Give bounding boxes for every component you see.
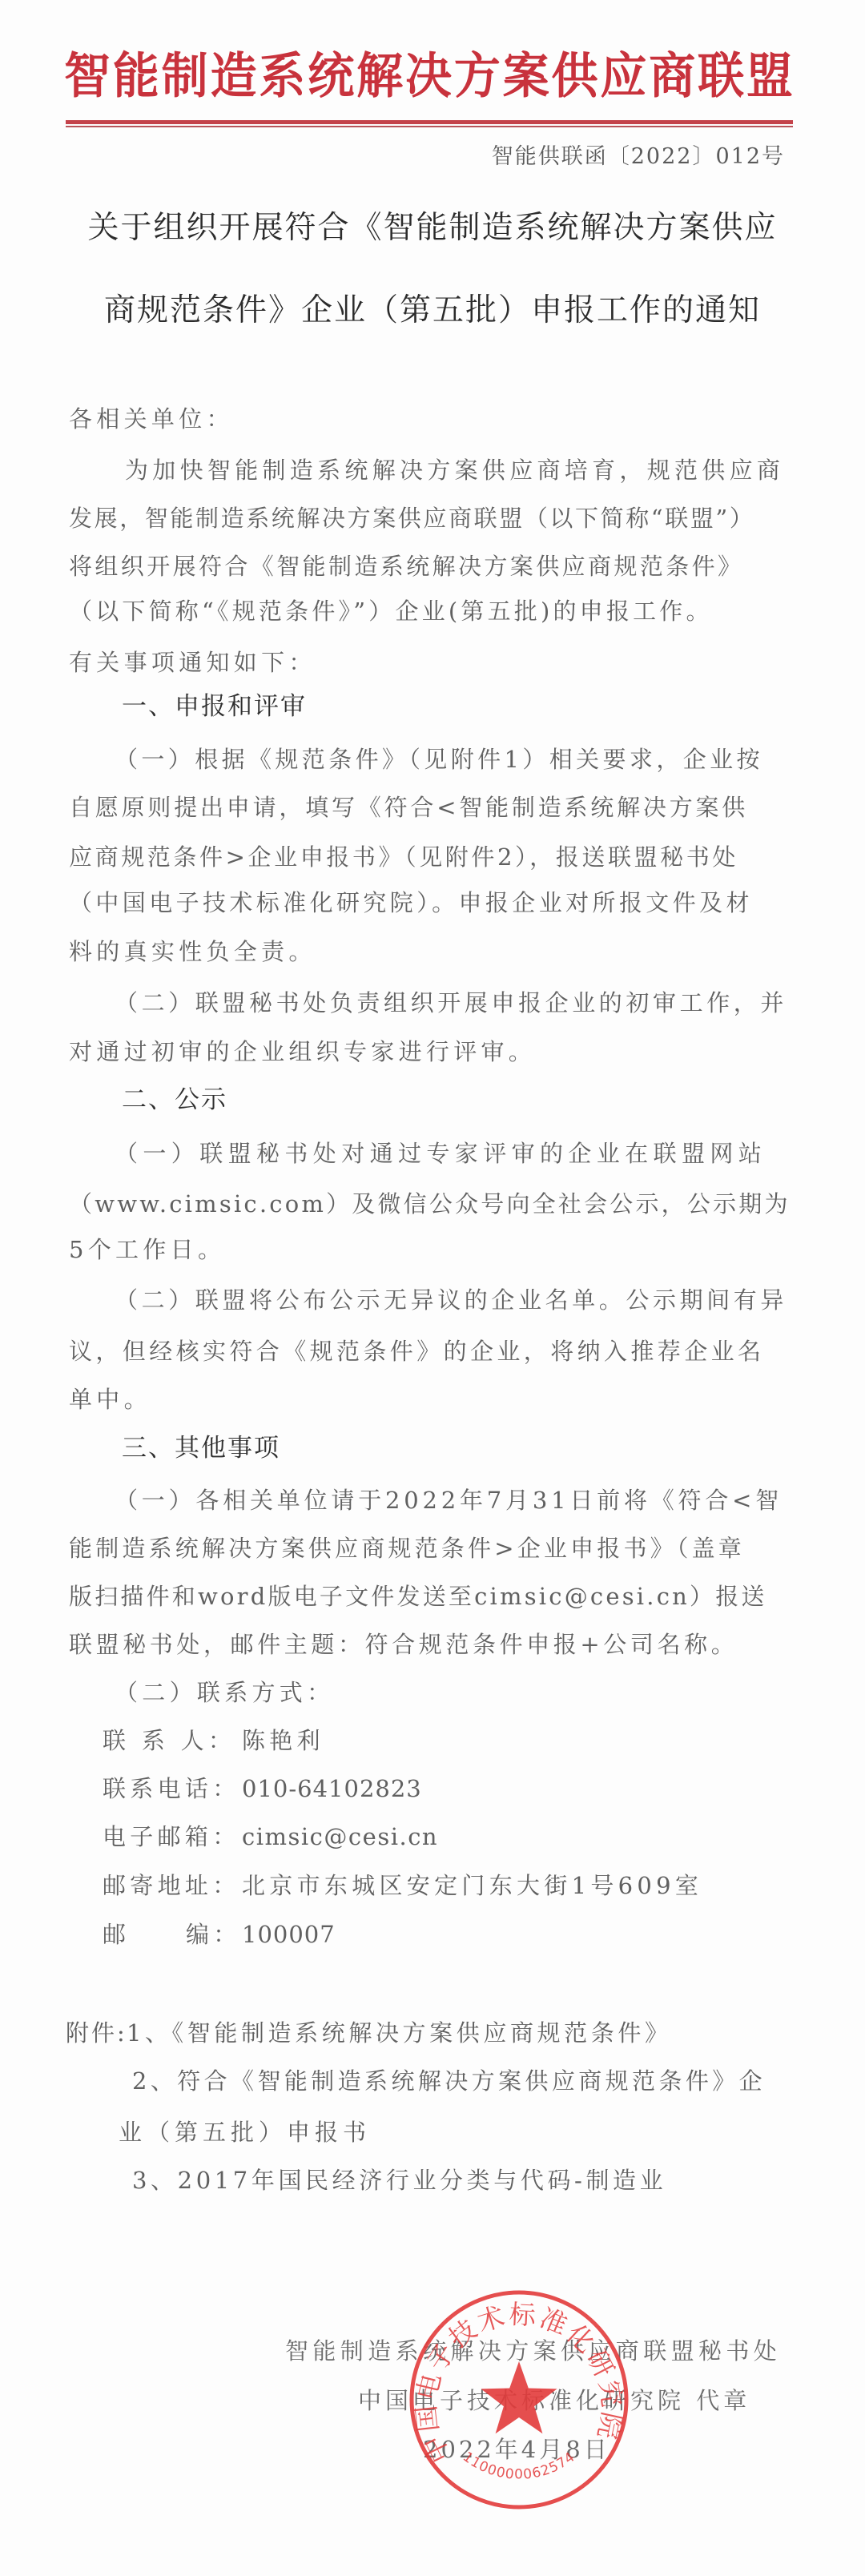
section-1-para-1-line: 自愿原则提出申请，填写《符合<智能制造系统解决方案供 [69,791,748,823]
contact-person-label: 联 系 人： [103,1725,235,1757]
attachment-item-2: 2、符合《智能制造系统解决方案供应商规范条件》企 [132,2065,766,2097]
section-heading-3: 三、其他事项 [122,1432,280,1464]
seal-serial: 1100000062574 [460,2449,578,2482]
intro-line: 将组织开展符合《智能制造系统解决方案供应商规范条件》 [69,550,743,582]
section-heading-1: 一、申报和评审 [122,690,307,722]
contact-email-value[interactable]: cimsic@cesi.cn [242,1821,438,1853]
section-3-para-1-line: （一）各相关单位请于2022年7月31日前将《符合<智 [115,1484,783,1516]
seal-star-icon [481,2361,557,2433]
section-3-para-2-line: （二）联系方式： [115,1676,334,1709]
section-2-para-1-line: （一）联盟秘书处对通过专家评审的企业在联盟网站 [115,1137,766,1169]
contact-phone-value: 010-64102823 [242,1773,422,1805]
section-1-para-1-line: （中国电子技术标准化研究院）。申报企业对所报文件及材 [69,887,753,919]
attachment-item-3: 3、2017年国民经济行业分类与代码-制造业 [132,2164,666,2196]
contact-phone-label: 联系电话： [103,1773,240,1805]
contact-postcode-label-b: 编： [186,1918,241,1950]
intro-line: 有关事项通知如下： [69,646,316,678]
title-line-2: 商规范条件》企业（第五批）申报工作的通知 [0,291,865,331]
section-1-para-2-line: （二）联盟秘书处负责组织开展申报企业的初审工作，并 [115,987,787,1019]
section-3-para-1-line: 联盟秘书处，邮件主题：符合规范条件申报+公司名称。 [69,1628,738,1660]
section-1-para-2-line: 对通过初审的企业组织专家进行评审。 [69,1036,536,1068]
contact-address-label: 邮寄地址： [103,1870,240,1902]
section-2-para-1-line: 5个工作日。 [69,1234,225,1266]
section-heading-2: 二、公示 [122,1084,227,1116]
title-line-1: 关于组织开展符合《智能制造系统解决方案供应 [0,208,865,248]
svg-text:1100000062574: 1100000062574 [460,2449,578,2482]
intro-line: （以下简称“《规范条件》”）企业(第五批)的申报工作。 [69,595,713,627]
section-2-para-2-line: 议，但经核实符合《规范条件》的企业，将纳入推荐企业名 [69,1335,764,1367]
section-2-para-1-line: （www.cimsic.com）及微信公众号向全社会公示，公示期为 [69,1188,791,1220]
intro-line: 发展，智能制造系统解决方案供应商联盟（以下简称“联盟”） [69,502,754,534]
salutation: 各相关单位： [69,403,234,435]
document-number: 智能供联函〔2022〕012号 [492,143,785,171]
section-2-para-2-line: （二）联盟将公布公示无异议的企业名单。公示期间有异 [115,1284,787,1316]
document-page: 智能制造系统解决方案供应商联盟 智能供联函〔2022〕012号 关于组织开展符合… [0,0,865,2576]
section-3-para-1-line: 能制造系统解决方案供应商规范条件>企业申报书》（盖章 [69,1532,745,1564]
masthead-org-name: 智能制造系统解决方案供应商联盟 [64,46,795,106]
section-1-para-1-line: 料的真实性负全责。 [69,936,316,968]
contact-address-value: 北京市东城区安定门东大街1号609室 [242,1870,702,1902]
attachments-label: 附件: [66,2017,127,2049]
contact-email-label: 电子邮箱： [103,1821,240,1853]
masthead-rule-thin [66,126,793,127]
masthead-rule-thick [66,120,793,124]
intro-line: 为加快智能制造系统解决方案供应商培育，规范供应商 [125,454,784,486]
seal-icon: 中国电子技术标准化研究院 1100000062574 [407,2288,631,2512]
contact-person-value: 陈艳利 [242,1725,324,1757]
section-3-para-1-line: 版扫描件和word版电子文件发送至cimsic@cesi.cn）报送 [69,1580,767,1612]
attachment-item-1: 1、《智能制造系统解决方案供应商规范条件》 [127,2017,672,2049]
section-1-para-1-line: 应商规范条件>企业申报书》（见附件2），报送联盟秘书处 [69,841,738,873]
attachment-item-2-cont: 业（第五批）申报书 [119,2116,371,2148]
contact-postcode-label-a: 邮 [103,1918,130,1950]
section-1-para-1-line: （一）根据《规范条件》（见附件1）相关要求，企业按 [115,743,763,775]
section-2-para-2-line: 单中。 [69,1383,151,1415]
contact-postcode-value: 100007 [242,1918,336,1950]
official-seal: 中国电子技术标准化研究院 1100000062574 [407,2288,631,2512]
